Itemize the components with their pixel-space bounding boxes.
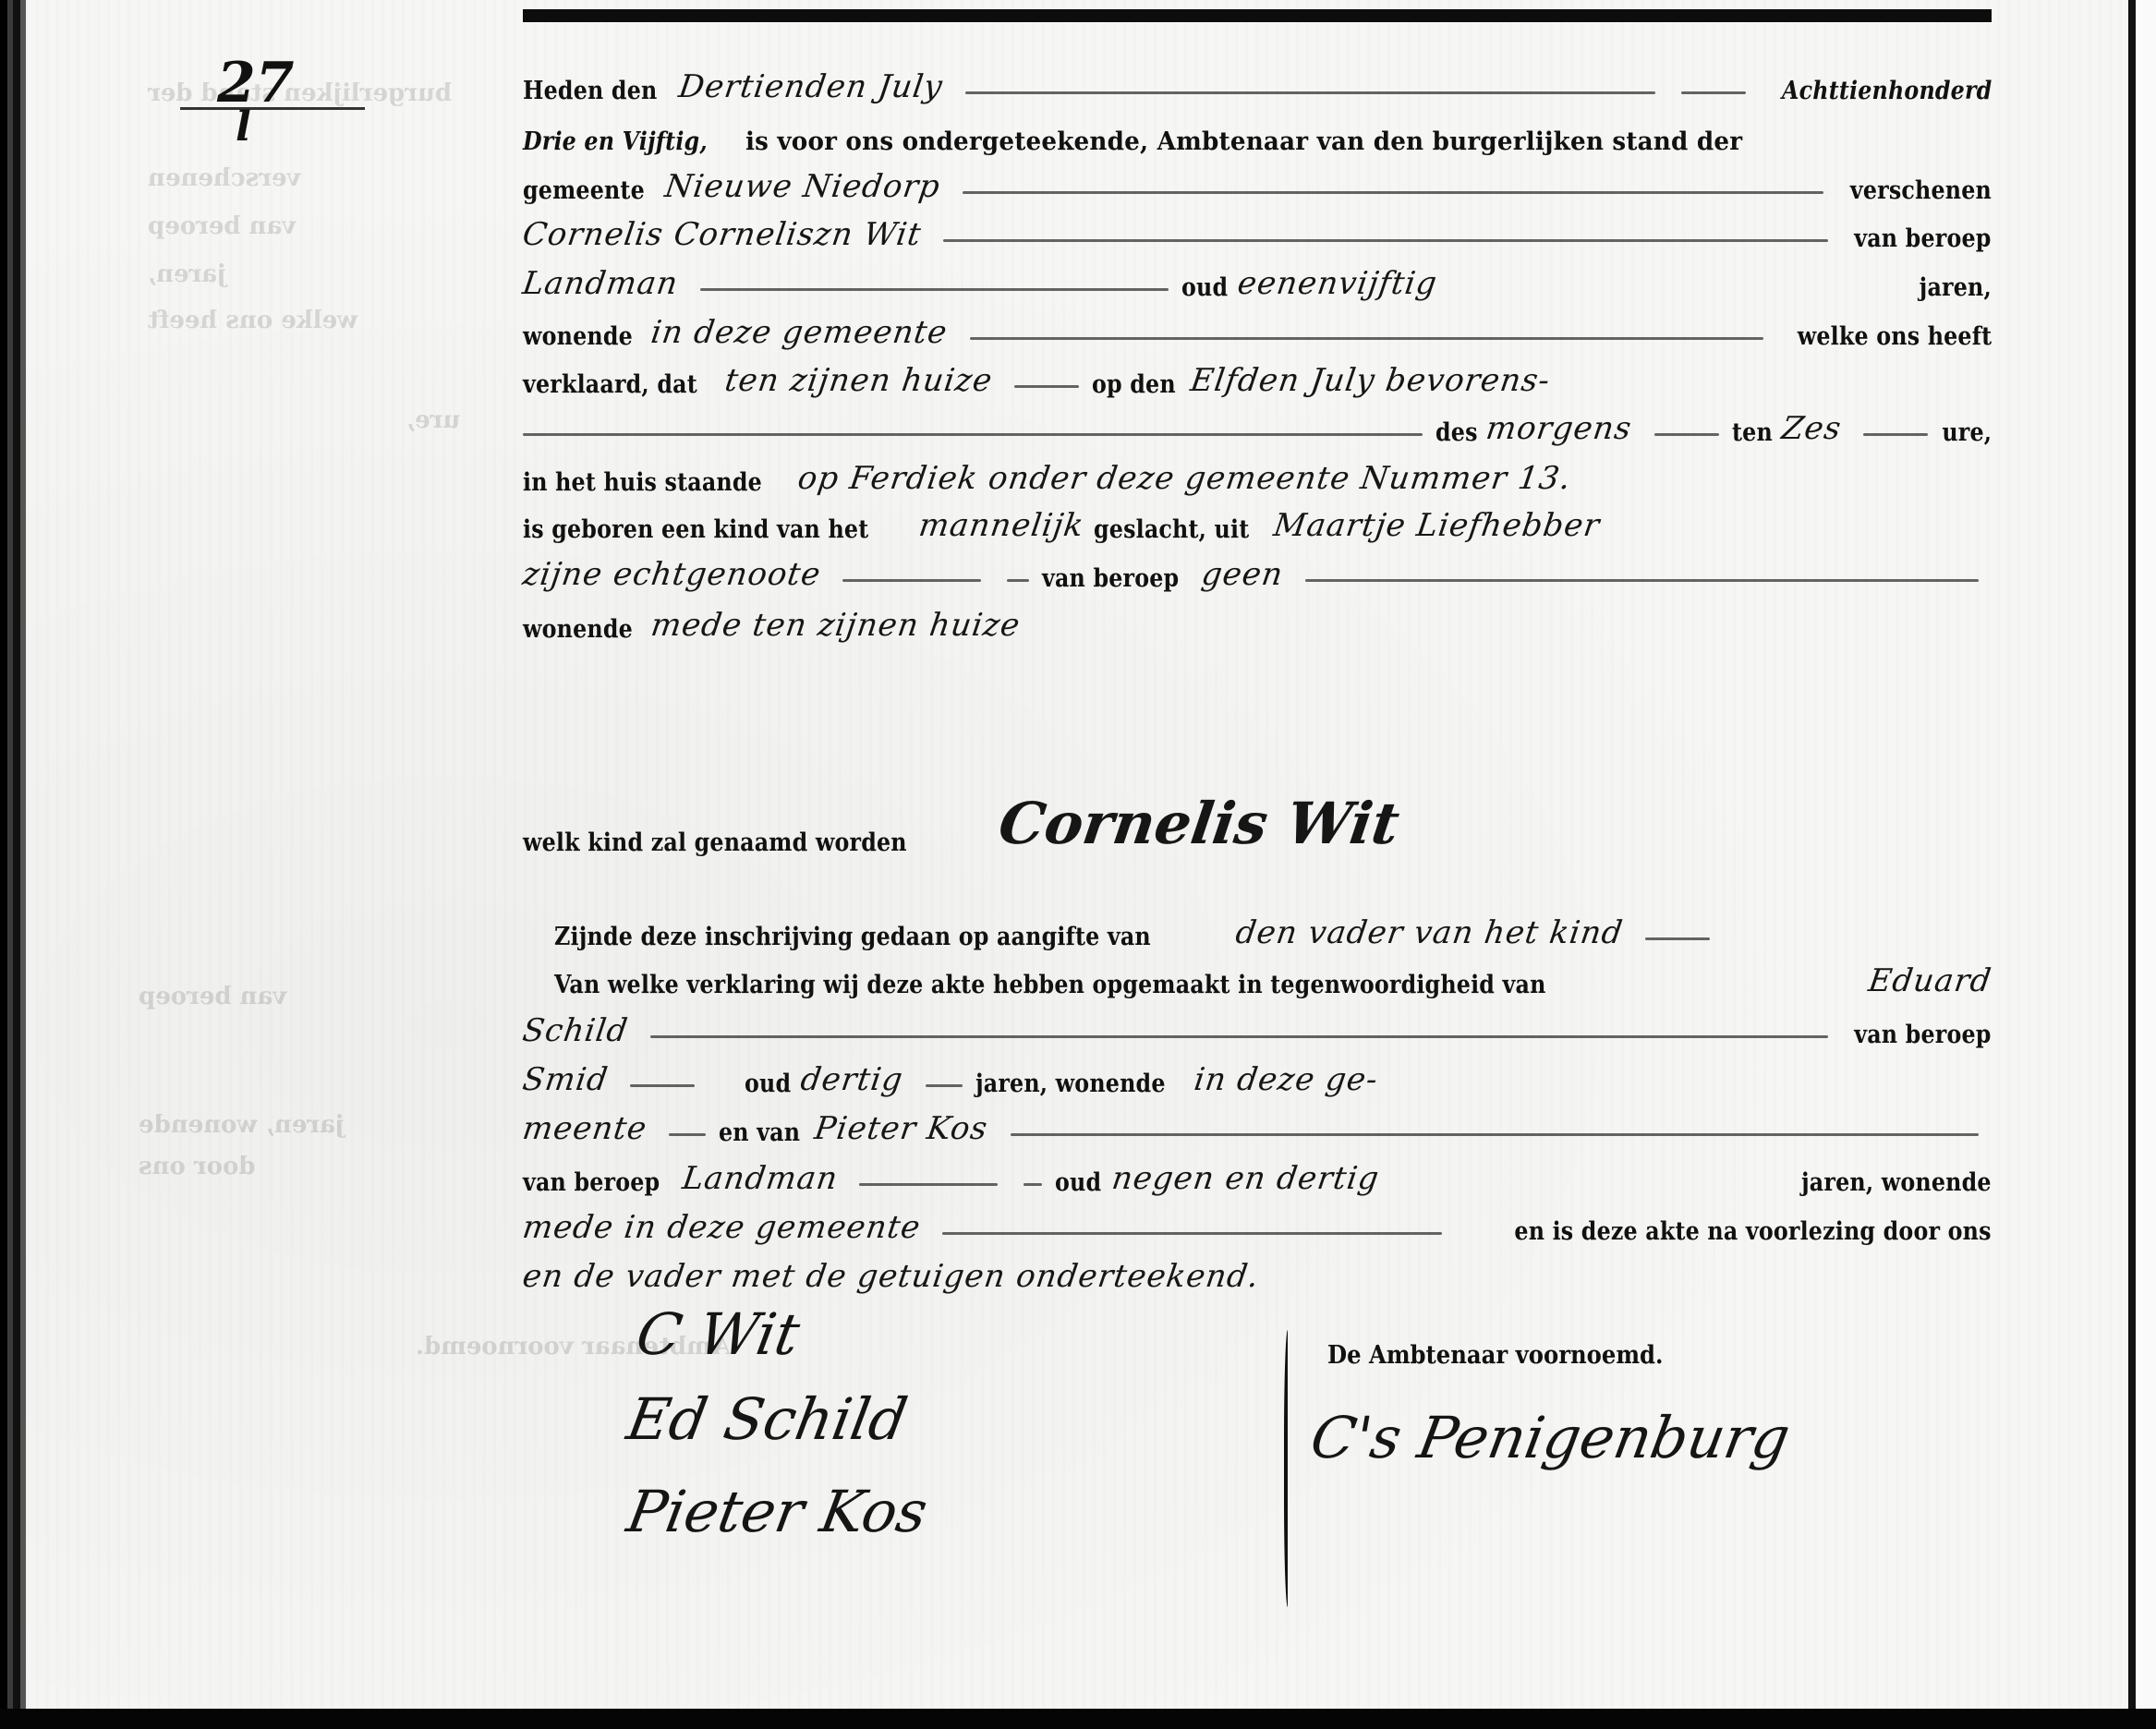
printed-text: Heden den — [523, 63, 657, 105]
printed-text: ten — [1732, 418, 1773, 447]
handwritten-address: op Ferdiek onder deze gemeente Nummer 13… — [795, 460, 1573, 497]
printed-text: van beroep — [523, 1168, 660, 1197]
printed-text: jaren, — [1920, 273, 1992, 302]
printed-text: is geboren een kind van het — [523, 515, 868, 544]
printed-text: oud — [1181, 273, 1228, 302]
right-margin-rule — [2128, 0, 2136, 1709]
form-line-13: welk kind zal genaamd worden Cornelis Wi… — [523, 792, 1992, 857]
bleed-through-text: van beroep — [148, 214, 296, 238]
handwritten-municipality: Nieuwe Niedorp — [662, 168, 942, 205]
form-line-5: Landman oud eenenvijftig jaren, — [523, 254, 1992, 302]
handwritten-witness1-occupation: Smid — [520, 1061, 611, 1098]
printed-text: op den — [1092, 370, 1176, 399]
printed-text: verschenen — [1850, 176, 1992, 205]
fill-line — [965, 91, 1655, 94]
bleed-through-text: welke ons heeft — [148, 308, 358, 332]
form-line-21: en de vader met de getuigen onderteekend… — [523, 1247, 1992, 1295]
handwritten-sex: mannelijk — [917, 507, 1087, 544]
form-line-9: in het huis staande op Ferdiek onder dez… — [523, 449, 1992, 497]
handwritten-relation: zijne echtgenoote — [520, 556, 823, 593]
fill-line — [1654, 433, 1719, 436]
fill-line — [1305, 579, 1979, 582]
handwritten-age: eenenvijftig — [1235, 265, 1439, 302]
signature-brace — [1284, 1330, 1293, 1607]
official-label: De Ambtenaar voornoemd. — [1327, 1341, 1664, 1370]
bleed-through-text: burgerlijken stand der — [148, 81, 452, 105]
printed-text: welk kind zal genaamd worden — [523, 828, 907, 857]
bleed-through-text: verschenen — [148, 166, 301, 190]
form-line-3: gemeente Nieuwe Niedorp verschenen — [523, 157, 1992, 205]
top-heavy-rule — [523, 9, 1992, 22]
printed-text: geslacht, uit — [1094, 515, 1249, 544]
handwritten-informant: den vader van het kind — [1233, 914, 1625, 951]
printed-text: van beroep — [1042, 564, 1179, 593]
handwritten-declarant-name: Cornelis Corneliszn Wit — [520, 216, 924, 253]
bleed-through-text: ure, — [406, 408, 460, 432]
fill-line — [1863, 433, 1928, 436]
handwritten-date: Dertienden July — [676, 68, 945, 105]
printed-text: oud — [745, 1070, 791, 1098]
printed-text: in het huis staande — [523, 468, 762, 497]
printed-text: van beroep — [1855, 1021, 1992, 1049]
printed-text: wonende — [523, 322, 633, 351]
handwritten-child-name: Cornelis Wit — [995, 790, 1403, 857]
record-number-sub-mark: l — [236, 103, 251, 151]
form-line-15: Van welke verklaring wij deze akte hebbe… — [554, 951, 1992, 999]
handwritten-residence-continued: meente — [520, 1110, 649, 1147]
handwritten-witness2-age: negen en dertig — [1109, 1160, 1382, 1197]
printed-text: oud — [1055, 1168, 1101, 1197]
handwritten-hour: Zes — [1779, 410, 1844, 447]
printed-text: jaren, wonende — [975, 1070, 1166, 1098]
signature-father: C Wit — [632, 1300, 805, 1368]
form-line-17: Smid oud dertig jaren, wonende in deze g… — [523, 1050, 1992, 1098]
printed-year-suffix: Drie en Vijftig, — [523, 127, 708, 156]
fill-line — [942, 1232, 1442, 1235]
form-line-2: Drie en Vijftig, is voor ons ondergeteek… — [523, 108, 1992, 156]
book-binding-edge — [0, 0, 26, 1729]
fill-line — [1014, 385, 1079, 388]
fill-line — [1023, 1183, 1042, 1186]
fill-line — [1007, 579, 1029, 582]
bleed-through-text: jaren, wonende — [139, 1113, 344, 1137]
handwritten-witness1-surname: Schild — [520, 1012, 630, 1049]
form-line-11: zijne echtgenoote van beroep geen — [523, 545, 1992, 593]
fill-line — [943, 239, 1828, 242]
form-line-19: van beroep Landman oud negen en dertig j… — [523, 1149, 1992, 1197]
printed-text: is voor ons ondergeteekende, Ambtenaar v… — [745, 127, 1742, 156]
handwritten-mother-occupation: geen — [1199, 556, 1286, 593]
printed-text: en is deze akte na voorlezing door ons — [1515, 1217, 1992, 1246]
signature-witness-2: Pieter Kos — [623, 1478, 933, 1545]
fill-line — [523, 433, 1423, 436]
fill-line — [926, 1084, 963, 1087]
handwritten-mother-name: Maartje Liefhebber — [1271, 507, 1602, 544]
printed-text: Zijnde deze inschrijving gedaan op aangi… — [554, 923, 1151, 951]
signature-witness-1: Ed Schild — [623, 1385, 913, 1453]
handwritten-place: ten zijnen huize — [722, 362, 995, 399]
bleed-through-text: van beroep — [139, 985, 286, 1009]
fill-line — [650, 1035, 1829, 1038]
fill-line — [970, 337, 1763, 340]
bleed-through-text: door ons — [139, 1155, 256, 1179]
record-number: 27 — [217, 51, 295, 115]
handwritten-occupation: Landman — [520, 265, 681, 302]
fill-line — [1681, 91, 1746, 94]
form-line-10: is geboren een kind van het mannelijk ge… — [523, 496, 1992, 544]
handwritten-closing: en de vader met de getuigen onderteekend… — [520, 1258, 1262, 1295]
form-line-14: Zijnde deze inschrijving gedaan op aangi… — [554, 903, 1992, 951]
printed-text: en van — [719, 1118, 800, 1147]
printed-text: jaren, wonende — [1801, 1168, 1992, 1197]
handwritten-birth-date: Elfden July bevorens- — [1188, 362, 1553, 399]
bottom-page-edge — [0, 1709, 2156, 1729]
printed-text: van beroep — [1855, 224, 1992, 253]
record-number-underline — [180, 107, 365, 110]
form-line-20: mede in deze gemeente en is deze akte na… — [523, 1198, 1992, 1246]
handwritten-witness1-age: dertig — [798, 1061, 905, 1098]
fill-line — [1645, 937, 1710, 940]
fill-line — [700, 288, 1169, 291]
handwritten-time-of-day: morgens — [1484, 410, 1635, 447]
signature-official: C's Penigenburg — [1306, 1404, 1796, 1471]
fill-line — [963, 191, 1823, 194]
printed-text: welke ons heeft — [1797, 322, 1992, 351]
right-page-edge — [2136, 0, 2156, 1729]
fill-line — [1011, 1133, 1979, 1136]
printed-year-prefix: Achttienhonderd — [1782, 77, 1992, 105]
form-line-12: wonende mede ten zijnen huize — [523, 596, 1992, 644]
printed-text: ure, — [1942, 418, 1992, 447]
form-line-16: Schild van beroep — [523, 1001, 1992, 1049]
handwritten-witness1-residence: in deze ge- — [1193, 1061, 1381, 1098]
printed-text: verklaard, dat — [523, 370, 697, 399]
form-line-8: des morgens ten Zes ure, — [523, 399, 1992, 447]
printed-text: Van welke verklaring wij deze akte hebbe… — [554, 971, 1546, 999]
printed-text: des — [1435, 418, 1478, 447]
fill-line — [669, 1133, 706, 1136]
handwritten-witness2-residence: mede in deze gemeente — [520, 1209, 923, 1246]
form-line-18: meente en van Pieter Kos — [523, 1099, 1992, 1147]
handwritten-mother-residence: mede ten zijnen huize — [648, 607, 1023, 644]
form-line-1: Heden den Dertienden July Achttienhonder… — [523, 57, 1992, 105]
printed-text: wonende — [523, 615, 633, 644]
handwritten-witness2-name: Pieter Kos — [813, 1110, 991, 1147]
fill-line — [842, 579, 981, 582]
fill-line — [630, 1084, 695, 1087]
handwritten-residence: in deze gemeente — [648, 314, 950, 351]
fill-line — [859, 1183, 998, 1186]
form-line-7: verklaard, dat ten zijnen huize op den E… — [523, 351, 1992, 399]
form-line-4: Cornelis Corneliszn Wit van beroep — [523, 205, 1992, 253]
handwritten-witness1-first-name: Eduard — [1866, 962, 1993, 999]
bleed-through-text: jaren, — [148, 262, 225, 286]
form-line-6: wonende in deze gemeente welke ons heeft — [523, 303, 1992, 351]
printed-text: gemeente — [523, 176, 645, 205]
handwritten-witness2-occupation: Landman — [680, 1160, 841, 1197]
